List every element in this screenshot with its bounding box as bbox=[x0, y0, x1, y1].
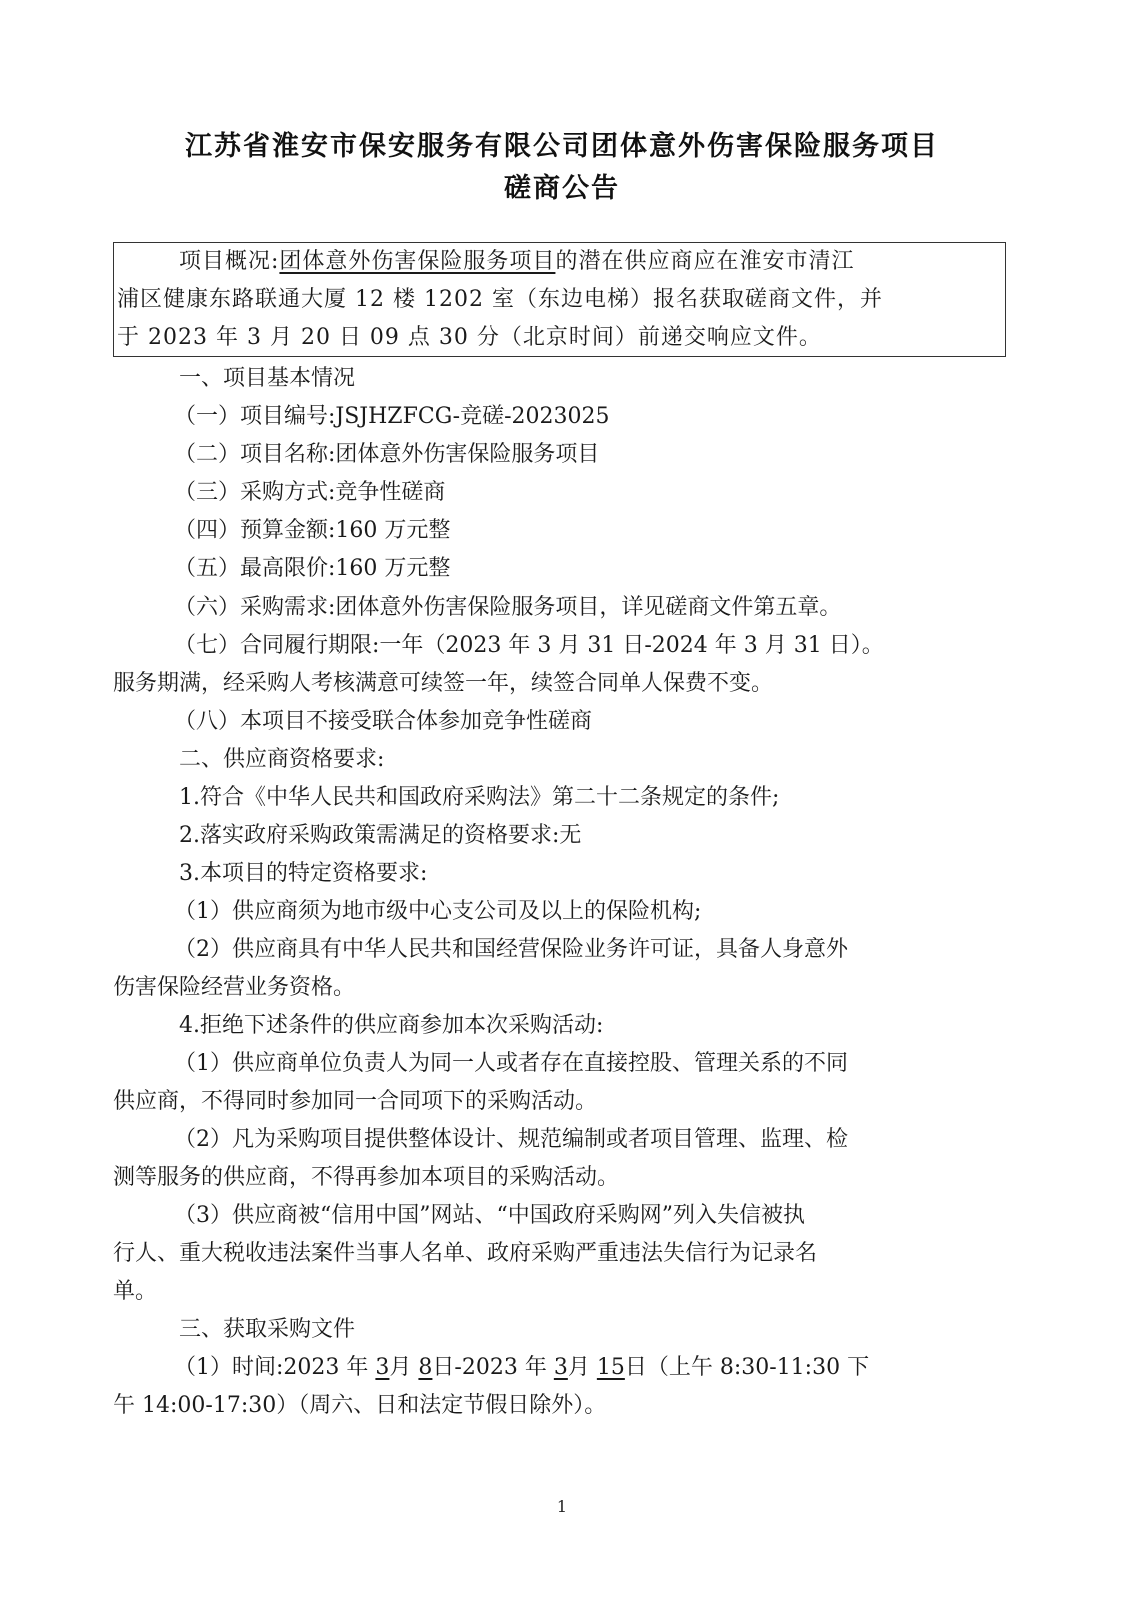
section2-req-4-1a: （1）供应商单位负责人为同一人或者存在直接控股、管理关系的不同 bbox=[174, 1045, 848, 1083]
section1-heading: 一、项目基本情况 bbox=[179, 360, 355, 398]
section1-item-7: （七）合同履行期限:一年（2023 年 3 月 31 日-2024 年 3 月 … bbox=[174, 627, 884, 665]
time-prefix: （1）时间:2023 年 bbox=[174, 1355, 368, 1380]
section2-req-1: 1.符合《中华人民共和国政府采购法》第二十二条规定的条件; bbox=[179, 779, 779, 817]
section2-req-4-1b: 供应商，不得同时参加同一合同项下的采购活动。 bbox=[113, 1083, 597, 1121]
section2-req-2: 2.落实政府采购政策需满足的资格要求:无 bbox=[179, 817, 581, 855]
overview-label: 项目概况: bbox=[179, 249, 279, 274]
section2-req-3-2b: 伤害保险经营业务资格。 bbox=[113, 969, 355, 1007]
section2-req-3-1: （1）供应商须为地市级中心支公司及以上的保险机构; bbox=[174, 893, 701, 931]
section2-heading: 二、供应商资格要求: bbox=[179, 741, 384, 779]
section1-item-3: （三）采购方式:竞争性磋商 bbox=[174, 474, 445, 512]
section1-item-7-continuation: 服务期满，经采购人考核满意可续签一年，续签合同单人保费不变。 bbox=[113, 665, 773, 703]
end-month: 3 bbox=[554, 1355, 568, 1380]
section2-req-4-2b: 测等服务的供应商，不得再参加本项目的采购活动。 bbox=[113, 1159, 619, 1197]
section2-req-4-3b: 行人、重大税收违法案件当事人名单、政府采购严重违法失信行为记录名 bbox=[113, 1235, 817, 1273]
section3-heading: 三、获取采购文件 bbox=[179, 1311, 355, 1349]
section3-time-line-2: 午 14:00-17:30）（周六、日和法定节假日除外）。 bbox=[113, 1387, 606, 1425]
section1-item-8: （八）本项目不接受联合体参加竞争性磋商 bbox=[174, 703, 592, 741]
section2-req-3-2a: （2）供应商具有中华人民共和国经营保险业务许可证，具备人身意外 bbox=[174, 931, 848, 969]
start-month: 3 bbox=[375, 1355, 389, 1380]
section1-item-2: （二）项目名称:团体意外伤害保险服务项目 bbox=[174, 436, 599, 474]
end-day: 15 bbox=[597, 1355, 625, 1380]
overview-line1-rest: 的潜在供应商应在淮安市清江 bbox=[555, 249, 854, 274]
overview-line-1: 项目概况:团体意外伤害保险服务项目的潜在供应商应在淮安市清江 bbox=[179, 244, 854, 280]
overview-line-2: 浦区健康东路联通大厦 12 楼 1202 室（东边电梯）报名获取磋商文件，并 bbox=[117, 282, 883, 318]
section2-req-4-3a: （3）供应商被“信用中国”网站、“中国政府采购网”列入失信被执 bbox=[174, 1197, 805, 1235]
section1-item-6: （六）采购需求:团体意外伤害保险服务项目，详见磋商文件第五章。 bbox=[174, 589, 841, 627]
section1-item-4: （四）预算金额:160 万元整 bbox=[174, 512, 450, 550]
month-label: 月 bbox=[568, 1355, 590, 1380]
start-day: 8 bbox=[418, 1355, 432, 1380]
overview-project-name: 团体意外伤害保险服务项目 bbox=[279, 249, 555, 274]
document-title-line2: 磋商公告 bbox=[0, 166, 1124, 205]
section2-req-4-2a: （2）凡为采购项目提供整体设计、规范编制或者项目管理、监理、检 bbox=[174, 1121, 848, 1159]
overview-line-3: 于 2023 年 3 月 20 日 09 点 30 分（北京时间）前递交响应文件… bbox=[117, 320, 822, 356]
section2-req-4-3c: 单。 bbox=[113, 1273, 157, 1311]
document-page: 江苏省淮安市保安服务有限公司团体意外伤害保险服务项目 磋商公告 项目概况:团体意… bbox=[0, 0, 1124, 1600]
section1-item-5: （五）最高限价:160 万元整 bbox=[174, 550, 450, 588]
section1-item-1: （一）项目编号:JSJHZFCG-竞磋-2023025 bbox=[174, 398, 610, 436]
date-separator: 日-2023 年 bbox=[432, 1355, 546, 1380]
section3-time-line-1: （1）时间:2023 年 3月 8日-2023 年 3月 15日（上午 8:30… bbox=[174, 1349, 869, 1387]
document-title-line1: 江苏省淮安市保安服务有限公司团体意外伤害保险服务项目 bbox=[0, 124, 1124, 163]
month-label: 月 bbox=[389, 1355, 411, 1380]
page-number: 1 bbox=[0, 1497, 1124, 1516]
section2-req-4: 4.拒绝下述条件的供应商参加本次采购活动: bbox=[179, 1007, 603, 1045]
time-suffix: 日（上午 8:30-11:30 下 bbox=[625, 1355, 869, 1380]
section2-req-3: 3.本项目的特定资格要求: bbox=[179, 855, 427, 893]
